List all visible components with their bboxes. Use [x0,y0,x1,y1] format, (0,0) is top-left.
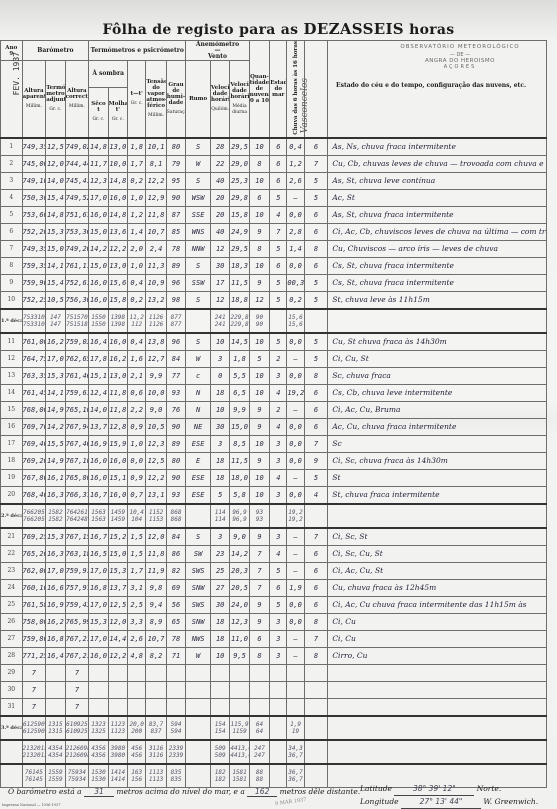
summary-cell: 11261126 [146,309,166,333]
alt_cor-cell: 749,20 [65,240,89,257]
nuv-cell: 5 [249,350,269,367]
obs-number-cell: 6 [304,562,328,579]
alt_ap-cell: 753,60 [22,206,46,223]
alt_cor-cell: 752,61 [65,274,89,291]
summary-cell [186,764,211,788]
alt_ap-cell: 758,00 [22,613,46,630]
summary-cell: 14591459 [108,504,127,528]
mar-cell: 4 [270,384,287,401]
nuv-cell: 10 [249,138,269,156]
observation-cell: Sc [328,435,547,452]
day-cell: 23 [1,562,23,579]
observation-cell [328,664,547,681]
obs-number-cell: 6 [304,257,328,274]
alt_cor-cell: 749,02 [65,138,89,156]
obs-number-cell: 6 [304,579,328,596]
observation-cell: Ci, Sc, St [328,528,547,546]
observation-cell: Sc, chuva fraca [328,367,547,384]
alt_cor-cell: 7 [65,698,89,716]
rumo-cell [186,681,211,698]
observation-cell [328,681,547,698]
day-cell: 15 [1,401,23,418]
summary-cell: 96,996,9 [230,504,249,528]
mar-cell: 3 [270,528,287,546]
tensao-cell: 12,7 [146,350,166,367]
tensao-cell: 10,9 [146,274,166,291]
diff-cell: 1,8 [128,138,146,156]
coordinates: Latitude 38° 39' 12" Norte. Longitude 27… [360,783,538,809]
alt_ap-cell: 745,00 [22,155,46,172]
molh-cell: 10,0 [108,155,127,172]
mar-cell: 5 [270,562,287,579]
alt_cor-cell: 767,21 [65,647,89,664]
chuva-cell: 0,0 [287,486,304,504]
rumo-cell: SW [186,545,211,562]
seco-cell: 16,8 [89,579,108,596]
seco-cell: 15,3 [89,613,108,630]
alt_cor-cell: 767,10 [65,452,89,469]
rumo-cell: WSW [186,189,211,206]
alt_cor-cell: 751,67 [65,206,89,223]
media-cell: 9,0 [230,528,249,546]
seco-header: Sêco tGr. c. [89,88,108,138]
molh-cell: 12,8 [108,418,127,435]
seco-cell: 17,0 [89,189,108,206]
summary-cell [186,716,211,740]
obs-number-cell: 8 [304,647,328,664]
term-cell [46,664,65,681]
obs-number-cell: 5 [304,189,328,206]
alt_ap-cell: 759,35 [22,257,46,274]
velocidade-header: Veloci-dade horáriaQuilóm. [210,61,229,138]
obs-number-cell: 6 [304,384,328,401]
nuv-cell: 10 [249,367,269,384]
seco-cell: 16,0 [89,469,108,486]
estado-mar-header: Estado do mar [270,41,287,138]
summary-empty [304,716,328,740]
alt_ap-cell: 759,80 [22,630,46,647]
nuv-cell: 6 [249,189,269,206]
day-cell: 27 [1,630,23,647]
summary-obs [328,504,547,528]
table-row: 6752,2015,3753,3615,013,61,410,785WNS402… [1,223,547,240]
nuv-cell [249,698,269,716]
grau-cell: 90 [166,418,185,435]
grau-cell: 56 [166,596,185,613]
tensao-cell: 12,5 [146,452,166,469]
summary-obs [328,716,547,740]
media-cell: 9,5 [230,647,249,664]
term-cell: 16,3 [46,486,65,504]
term-cell: 15,3 [46,223,65,240]
chuva-cell: 00,3 [287,274,304,291]
vel-cell: 3 [210,350,229,367]
table-row: 13763,3515,3761,4615,113,02,19,977c05,51… [1,367,547,384]
rumo-cell: W [186,350,211,367]
grau-cell: 93 [166,486,185,504]
alt_ap-cell: 761,00 [22,333,46,351]
alt_cor-cell: 762,65 [65,350,89,367]
molh-cell: 13,0 [108,257,127,274]
alt_cor-cell: 7 [65,681,89,698]
molh-cell [108,698,127,716]
summary-obs [328,740,547,764]
day-cell: 12 [1,350,23,367]
summary-cell: 21260982126098 [65,740,89,764]
obs-number-cell: 6 [304,596,328,613]
mar-cell: 3 [270,452,287,469]
diff-cell: 0,9 [128,469,146,486]
rumo-cell: W [186,647,211,664]
grau-cell: 79 [166,155,185,172]
term-cell: 14,0 [46,172,65,189]
diff-cell: 1,7 [128,562,146,579]
alt_ap-cell: 769,25 [22,528,46,546]
obs-number-cell: 7 [304,630,328,647]
molh-cell: 12,0 [108,613,127,630]
grau-cell: 80 [166,138,185,156]
seco-cell: 16,4 [89,333,108,351]
seco-cell: 16,5 [89,545,108,562]
vel-cell: 12 [210,240,229,257]
nuv-cell [249,664,269,681]
page-title: Fôlha de registo para as DEZASSEIS horas [0,20,557,38]
barometro-header: Barómetro [22,41,89,61]
grau-cell [166,681,185,698]
diff-cell: 1,7 [128,155,146,172]
molhado-header: Molhado t'Gr. c. [108,88,127,138]
alt_cor-cell: 753,36 [65,223,89,240]
mar-cell [270,698,287,716]
nuv-cell: 7 [249,545,269,562]
tensao-cell: 8,9 [146,613,166,630]
estado-ceu-label: Estado do céu e do tempo, configuração d… [336,82,526,89]
seco-cell: 16,7 [89,486,108,504]
molh-cell [108,681,127,698]
table-row: 20768,4016,3766,3716,716,00,713,193ESE55… [1,486,547,504]
summary-cell: 15811581 [230,764,249,788]
tensao-cell [146,698,166,716]
observation-cell: St, chuva leve às 11h15m [328,291,547,309]
obs-number-cell: 5 [304,274,328,291]
summary-cell [270,504,287,528]
observation-cell: St [328,469,547,486]
diff-cell: 2,1 [128,367,146,384]
tensao-cell: 10,7 [146,223,166,240]
summary-cell: 20,0200 [128,716,146,740]
grau-cell: 84 [166,350,185,367]
diff-cell: 0,4 [128,333,146,351]
chuva-cell: — [287,528,304,546]
nuvens-header: Quan-tidade de nuvens 0 a 10 [249,41,269,138]
summary-cell [270,309,287,333]
molh-cell: 12,5 [108,596,127,613]
alt_ap-cell: 749,35 [22,240,46,257]
alt_ap-cell: 762,00 [22,562,46,579]
tensao-cell: 13,8 [146,333,166,351]
chuva-cell: 0,0 [287,257,304,274]
mar-cell [270,664,287,681]
t-diff-header: t—t'Gr. c. [128,61,146,138]
media-cell: 29,8 [230,189,249,206]
rumo-cell [186,664,211,681]
rumo-cell: SWS [186,562,211,579]
observation-cell: St, chuva fraca intermitente [328,486,547,504]
seco-cell: 14,0 [89,401,108,418]
term-cell [46,681,65,698]
diff-cell: 1,6 [128,350,146,367]
molh-cell: 16,0 [108,333,127,351]
molh-cell: 16,0 [108,486,127,504]
media-cell: 12,3 [230,613,249,630]
alt_ap-cell: 761,58 [22,596,46,613]
table-row: 3177 [1,698,547,716]
diff-cell: 0,2 [128,291,146,309]
chuva-cell: 1,9 [287,579,304,596]
nuv-cell: 10 [249,469,269,486]
summary-cell: 13231325 [89,716,108,740]
tensao-cell [146,664,166,681]
rumo-cell: NWS [186,630,211,647]
alt_ap-cell: 769,20 [22,452,46,469]
tensao-cell: 11,9 [146,562,166,579]
term-cell: 16,9 [46,596,65,613]
stamp-line-1: OBSERVATÓRIO METEOROLÓGICO [395,44,525,50]
table-row: 27759,8016,8767,2117,014,42,610,778NWS18… [1,630,547,647]
summary-empty [304,504,328,528]
chuva-cell: — [287,350,304,367]
table-row: 3077 [1,681,547,698]
summary-cell: 15,615,6 [287,309,304,333]
summary-cell: 610925610925 [65,716,89,740]
nuv-cell: 9 [249,401,269,418]
grau-cell: 84 [166,528,185,546]
vel-cell: 5 [210,486,229,504]
alt_ap-cell: 769,70 [22,418,46,435]
observation-cell: Ci, Ac, Cu chuva fraca intermitente das … [328,596,547,613]
tensao-cell: 11,3 [146,257,166,274]
summary-cell: 15821582 [46,504,65,528]
alt_cor-cell: 757,97 [65,579,89,596]
obs-number-cell: 5 [304,172,328,189]
obs-number-cell: 8 [304,367,328,384]
month-stamp: FEV. 1937 [12,52,21,95]
day-cell: 5 [1,206,23,223]
rumo-cell: WNS [186,223,211,240]
rumo-cell: S [186,528,211,546]
tensao-cell: 8,1 [146,155,166,172]
rumo-cell: SSE [186,206,211,223]
media-cell: 29,5 [230,240,249,257]
diff-cell: 0,7 [128,486,146,504]
chuva-cell: 0,0 [287,435,304,452]
molh-cell: 12,2 [108,647,127,664]
alt_cor-cell: 767,40 [65,435,89,452]
seco-cell: 16,0 [89,647,108,664]
summary-cell: 509509 [210,740,229,764]
day-cell: 2 [1,155,23,172]
diff-cell: 1,2 [128,206,146,223]
mar-cell: 7 [270,223,287,240]
summary-cell: 11,2112 [128,309,146,333]
rumo-cell: SSW [186,274,211,291]
chuva-cell: 0,0 [287,367,304,384]
summary-cell [186,504,211,528]
observation-cell: Ac, Cu, chuva fraca intermitente [328,418,547,435]
molh-cell: 14,8 [108,172,127,189]
term-cell: 16,6 [46,579,65,596]
summary-cell: 753310753310 [22,309,46,333]
mar-cell: 2 [270,350,287,367]
seco-cell: 16,0 [89,206,108,223]
media-cell: 9,9 [230,401,249,418]
summary-cell: 7593475934 [65,764,89,788]
alt_ap-cell: 769,40 [22,435,46,452]
obs-number-cell: 6 [304,418,328,435]
observation-cell: Ci, Ac, Cu, Bruma [328,401,547,418]
observatory-stamp: OBSERVATÓRIO METEOROLÓGICO — DE — ANGRA … [395,44,525,70]
alt_cor-cell: 767,15 [65,528,89,546]
title-prefix: Fôlha de registo para as [103,22,299,38]
vel-cell: 23 [210,545,229,562]
day-cell: 22 [1,545,23,562]
stamp-line-4: AÇORES [395,64,525,70]
vel-cell [210,664,229,681]
summary-cell: 36,736,7 [287,764,304,788]
grau-cell: 90 [166,469,185,486]
day-cell: 9 [1,274,23,291]
rumo-cell: E [186,452,211,469]
obs-number-cell [304,698,328,716]
chuva-cell: 1,4 [287,240,304,257]
seco-cell: 16,9 [89,435,108,452]
summary-cell: 15631563 [89,504,108,528]
summary-cell: 4413,64413,6 [230,740,249,764]
vel-cell: 18 [210,630,229,647]
table-row: 17769,4015,5767,4016,915,91,012,389ESE38… [1,435,547,452]
diff-cell [128,664,146,681]
table-row: 8759,3514,1761,1115,013,01,011,389S3018,… [1,257,547,274]
table-row: 4750,3015,4749,5217,016,01,012,990WSW202… [1,189,547,206]
tensao-cell: 10,0 [146,384,166,401]
obs-number-cell: 7 [304,528,328,546]
alt_ap-cell: 759,90 [22,274,46,291]
term-cell: 15,4 [46,274,65,291]
decade-summary-row: 2132015213201543544354212609821260984356… [1,740,547,764]
alt_ap-cell: 7 [22,664,46,681]
molh-cell: 15,9 [108,435,127,452]
summary-cell: 43544354 [46,740,65,764]
chuva-cell: — [287,545,304,562]
seco-cell: 15,0 [89,223,108,240]
summary-cell [270,740,287,764]
a-sombra-header: À sombra [89,61,128,88]
decade-summary-row: 1.ª década753310753310147147751570751518… [1,309,547,333]
rumo-cell: N [186,401,211,418]
seco-cell [89,698,108,716]
seco-cell: 12,3 [89,172,108,189]
rumo-header: Rumo [186,61,211,138]
mar-cell: 5 [270,333,287,351]
rumo-cell: c [186,367,211,384]
day-cell: 4 [1,189,23,206]
chuva-cell: — [287,401,304,418]
rumo-cell: SWS [186,596,211,613]
grau-cell: 85 [166,223,185,240]
summary-cell: 868868 [166,504,185,528]
chuva-cell: 0,0 [287,452,304,469]
grau-cell: 98 [166,291,185,309]
table-row: 11761,0016,2759,0316,416,00,413,896S1014… [1,333,547,351]
term-cell: 15,3 [46,367,65,384]
mar-cell: 5 [270,596,287,613]
term-cell: 12,5 [46,138,65,156]
obs-number-cell: 5 [304,469,328,486]
diff-cell [128,681,146,698]
obs-number-cell: 7 [304,435,328,452]
media-cell: 25,3 [230,172,249,189]
chuva-cell: — [287,647,304,664]
observation-cell: Cu, chuva fraca às 12h45m [328,579,547,596]
vel-cell: 12 [210,291,229,309]
alt_ap-cell: 760,10 [22,579,46,596]
obs-number-cell: 5 [304,291,328,309]
diff-cell: 1,5 [128,528,146,546]
term-cell: 12,0 [46,155,65,172]
nuv-cell: 10 [249,333,269,351]
vel-cell: 18 [210,469,229,486]
observation-cell: Ci, Cu [328,630,547,647]
term-cell: 14,9 [46,401,65,418]
term-cell: 16,1 [46,469,65,486]
grau-cell: 86 [166,545,185,562]
seco-cell: 17,0 [89,562,108,579]
tensao-cell: 10,5 [146,418,166,435]
alt_cor-cell: 759,91 [65,562,89,579]
rumo-cell: S [186,257,211,274]
summary-cell: 229,8229,8 [230,309,249,333]
decade-summary-row: 3.ª década612590612590131513156109256109… [1,716,547,740]
alt_cor-cell: 763,18 [65,545,89,562]
media-cell: 29,5 [230,138,249,156]
observation-cell: Ci, Sc, chuva fraca às 14h30m [328,452,547,469]
media-cell: 15,8 [230,206,249,223]
term-cell: 15,4 [46,189,65,206]
obs-number-cell: 6 [304,223,328,240]
diff-cell: 1,0 [128,435,146,452]
mar-cell: 3 [270,486,287,504]
grau-cell: 69 [166,579,185,596]
chuva-cell: 0,0 [287,596,304,613]
media-cell: 20,5 [230,579,249,596]
summary-empty [304,309,328,333]
media-cell: 14,2 [230,545,249,562]
media-cell: 15,0 [230,418,249,435]
alt_ap-cell: 7 [22,698,46,716]
media-cell: 11,5 [230,274,249,291]
summary-obs [328,309,547,333]
term-cell: 14,1 [46,257,65,274]
vel-cell: 40 [210,223,229,240]
diff-cell: 3,3 [128,613,146,630]
tensao-cell: 12,9 [146,189,166,206]
decade-label: 1.ª década [1,309,23,333]
media-cell: 20,3 [230,562,249,579]
diff-cell: 2,5 [128,596,146,613]
mar-cell: 6 [270,155,287,172]
diff-cell: 1,4 [128,223,146,240]
tensao-cell: 12,0 [146,528,166,546]
